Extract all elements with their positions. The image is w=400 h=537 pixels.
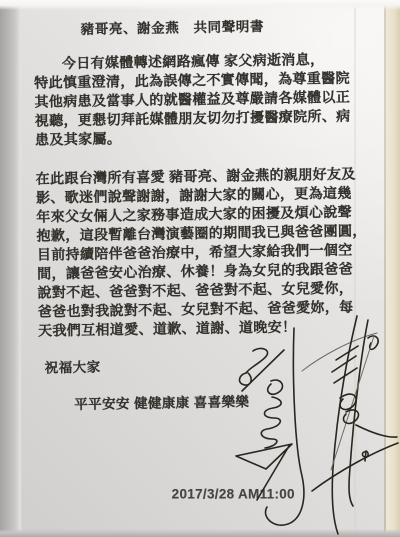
statement-content: 豬哥亮、謝金燕 共同聲明書 今日有媒體轉述網路瘋傳 家父病逝消息， 特此慎重澄清… [0, 0, 400, 537]
paragraph-thanks-apology: 在此跟台灣所有喜愛 豬哥亮、謝金燕的親朋好友及 影、歌迷們說聲謝謝，謝謝大家的關… [36, 164, 369, 340]
date-time-stamp: 2017/3/28 AM11:00 [172, 487, 295, 502]
paragraph-clarification: 今日有媒體轉述網路瘋傳 家父病逝消息， 特此慎重澄清，此為誤傳之不實傳聞，為尊重… [34, 50, 351, 150]
blessing-line: 平平安安 健健康康 喜喜樂樂 [74, 390, 249, 413]
closing-wish: 祝福大家 [44, 356, 100, 377]
statement-line: 患及其家屬。 [35, 126, 351, 150]
statement-photo: 豬哥亮、謝金燕 共同聲明書 今日有媒體轉述網路瘋傳 家父病逝消息， 特此慎重澄清… [0, 0, 400, 537]
document-title: 豬哥亮、謝金燕 共同聲明書 [33, 14, 311, 38]
statement-line: 天我們互相道愛、道歉、道謝、道晚安！ [38, 316, 368, 340]
